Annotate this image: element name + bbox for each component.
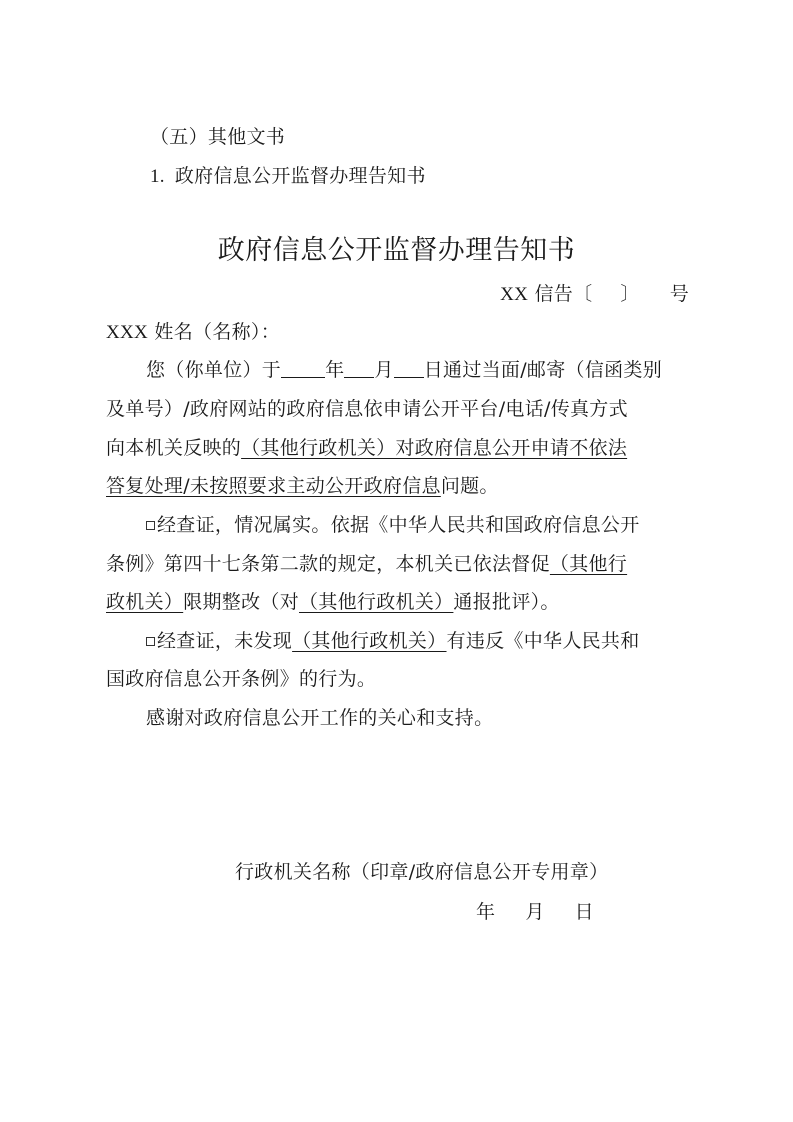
year-blank-field[interactable] [281, 359, 325, 378]
paragraph-1-line-4: 答复处理/未按照要求主动公开政府信息问题。 [106, 474, 499, 498]
paragraph-2-line-2: 条例》第四十七条第二款的规定，本机关已依法督促（其他行 [106, 552, 627, 576]
salutation: XXX 姓名（名称）： [106, 320, 280, 345]
underlined-fill-in: 政机关） [106, 591, 183, 613]
text-span: 您（你单位）于 [146, 359, 281, 381]
paragraph-2-line-3: 政机关）限期整改（对（其他行政机关）通报批评）。 [106, 590, 560, 614]
checkbox-verified-true[interactable] [146, 521, 155, 530]
paragraph-3-line-1: 经查证，未发现（其他行政机关）有违反《中华人民共和 [106, 629, 640, 653]
item-heading-text: 政府信息公开监督办理告知书 [175, 165, 426, 187]
ref-close-bracket: 〕 [620, 283, 639, 305]
date-month: 月 [525, 901, 544, 923]
text-span: 问题。 [441, 475, 499, 497]
ref-prefix: XX [500, 284, 528, 305]
item-number: 1. [150, 166, 165, 187]
closing-line: 感谢对政府信息公开工作的关心和支持。 [106, 706, 493, 730]
paragraph-1-line-3: 向本机关反映的（其他行政机关）对政府信息公开申请不依法 [106, 436, 627, 460]
underlined-fill-in: （其他行 [550, 553, 627, 575]
salutation-text: 姓名（名称）： [154, 321, 280, 343]
salutation-prefix: XXX [106, 322, 148, 343]
paragraph-3-line-2: 国政府信息公开条例》的行为。 [106, 667, 376, 691]
document-page: （五）其他文书 1.政府信息公开监督办理告知书 政府信息公开监督办理告知书 XX… [0, 0, 793, 1122]
ref-open-bracket: 〔 [573, 283, 592, 305]
text-span: 年 [325, 359, 344, 381]
month-blank-field[interactable] [344, 359, 374, 378]
text-span: 限期整改（对 [183, 591, 299, 613]
underlined-fill-in: （其他行政机关）对政府信息公开申请不依法 [241, 437, 627, 459]
paragraph-2-line-1: 经查证，情况属实。依据《中华人民共和国政府信息公开 [106, 513, 640, 537]
text-span: 经查证，未发现 [157, 630, 292, 652]
text-span: 条例》第四十七条第二款的规定，本机关已依法督促 [106, 553, 550, 575]
date-line: 年月日 [476, 900, 594, 924]
item-heading: 1.政府信息公开监督办理告知书 [150, 164, 426, 189]
text-span: 日通过当面/邮寄（信函类别 [424, 359, 662, 381]
section-heading: （五）其他文书 [150, 125, 285, 149]
day-blank-field[interactable] [394, 359, 424, 378]
document-title: 政府信息公开监督办理告知书 [0, 234, 793, 268]
reference-number: XX 信告〔〕号 [500, 282, 689, 307]
text-span: 向本机关反映的 [106, 437, 241, 459]
paragraph-1-line-2: 及单号）/政府网站的政府信息依申请公开平台/电话/传真方式 [106, 397, 628, 421]
date-day: 日 [575, 901, 594, 923]
paragraph-1-line-1: 您（你单位）于年月日通过当面/邮寄（信函类别 [106, 358, 662, 382]
underlined-fill-in: （其他行政机关） [299, 591, 453, 613]
text-span: 经查证，情况属实。依据《中华人民共和国政府信息公开 [157, 514, 640, 536]
checkbox-verified-false[interactable] [146, 637, 155, 646]
underlined-fill-in: （其他行政机关） [292, 630, 446, 652]
date-year: 年 [476, 901, 495, 923]
underlined-fill-in: 答复处理/未按照要求主动公开政府信息 [106, 475, 441, 497]
ref-suffix: 号 [670, 283, 689, 305]
signature-line: 行政机关名称（印章/政府信息公开专用章） [235, 860, 608, 884]
text-span: 月 [374, 359, 393, 381]
text-span: 通报批评）。 [453, 591, 559, 613]
ref-label: 信告 [534, 283, 573, 305]
text-span: 有违反《中华人民共和 [447, 630, 640, 652]
